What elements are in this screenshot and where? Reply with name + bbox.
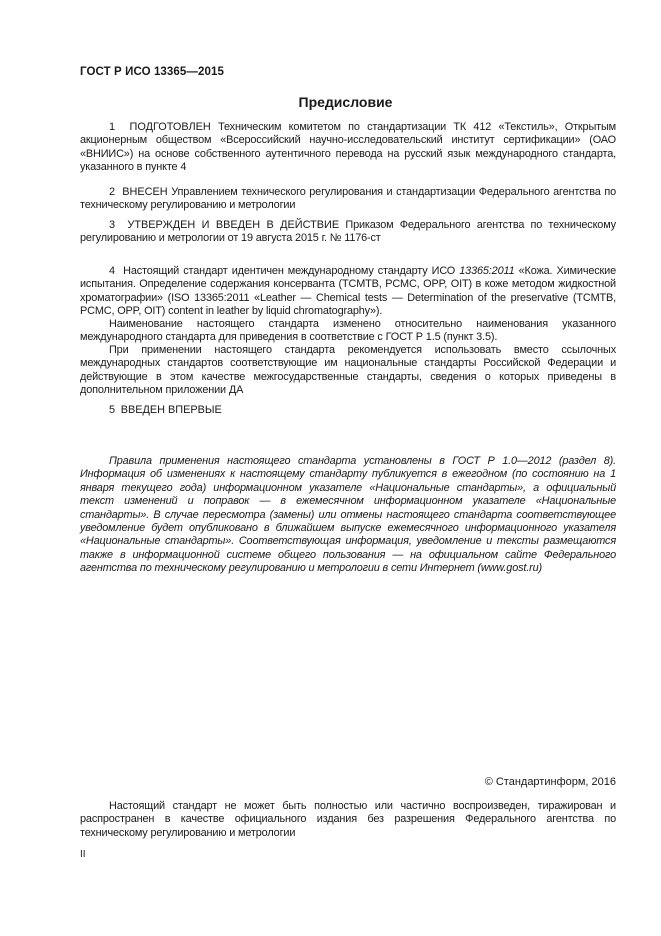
section-4-iso-reference: 13365:2011 bbox=[459, 265, 514, 277]
section-2: 2 ВНЕСЕН Управлением технического регули… bbox=[80, 186, 616, 213]
rules-of-application-notice: Правила применения настоящего стандарта … bbox=[80, 455, 616, 576]
section-2-number: 2 bbox=[109, 186, 115, 198]
section-3: 3 УТВЕРЖДЕН И ВВЕДЕН В ДЕЙСТВИЕ Приказом… bbox=[80, 219, 616, 246]
section-3-number: 3 bbox=[109, 219, 115, 231]
section-4-number: 4 bbox=[109, 265, 115, 277]
document-code-header: ГОСТ Р ИСО 13365—2015 bbox=[80, 66, 224, 78]
copyright-line: © Стандартинформ, 2016 bbox=[485, 776, 616, 788]
section-2-lead: ВНЕСЕН bbox=[122, 186, 167, 198]
reproduction-notice: Настоящий стандарт не может быть полност… bbox=[80, 800, 616, 840]
section-5-number: 5 bbox=[109, 404, 115, 416]
page-number: II bbox=[80, 849, 86, 860]
section-3-lead: УТВЕРЖДЕН И ВВЕДЕН В ДЕЙСТВИЕ bbox=[127, 219, 339, 231]
section-4: 4 Настоящий стандарт идентичен междунаро… bbox=[80, 265, 616, 319]
section-4-note-title-change: Наименование настоящего стандарта измене… bbox=[80, 318, 616, 345]
section-4-note-references: При применении настоящего стандарта реко… bbox=[80, 344, 616, 398]
section-1-number: 1 bbox=[109, 121, 115, 133]
document-page: ГОСТ Р ИСО 13365—2015 Предисловие 1 ПОДГ… bbox=[0, 0, 661, 936]
section-4-text-before: Настоящий стандарт идентичен международн… bbox=[123, 265, 459, 277]
section-1-lead: ПОДГОТОВЛЕН bbox=[130, 121, 211, 133]
page-title: Предисловие bbox=[0, 94, 661, 110]
section-1: 1 ПОДГОТОВЛЕН Техническим комитетом по с… bbox=[80, 121, 616, 175]
section-5-lead: ВВЕДЕН ВПЕРВЫЕ bbox=[121, 404, 222, 416]
section-5: 5 ВВЕДЕН ВПЕРВЫЕ bbox=[80, 404, 616, 417]
